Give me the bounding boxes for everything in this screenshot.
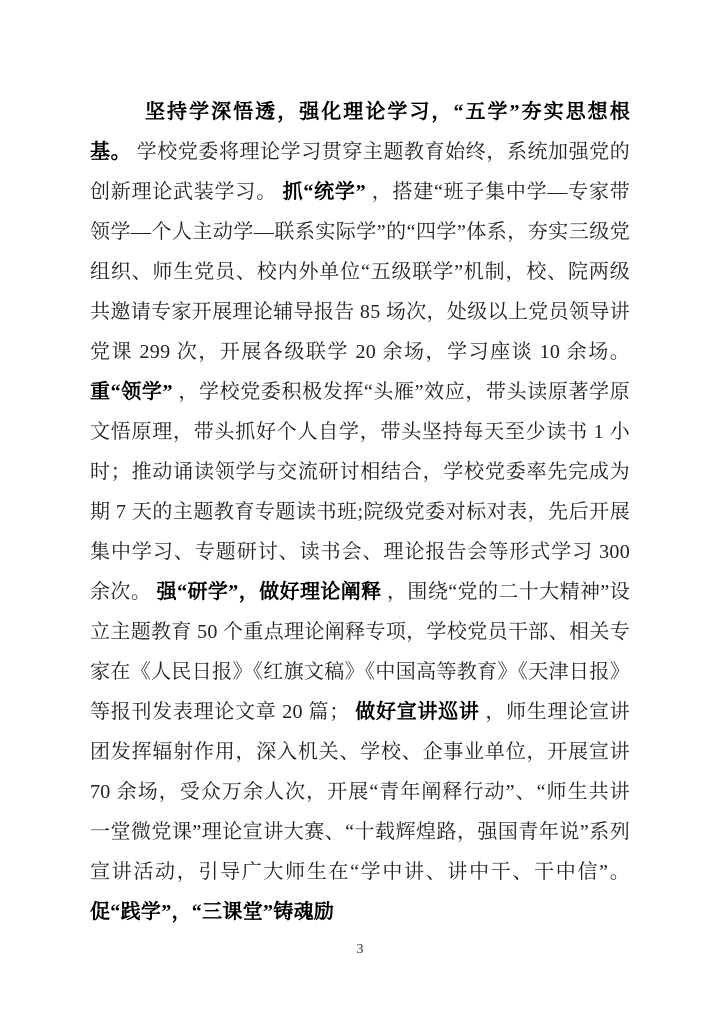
body-text-run: ，师生理论宣讲团发挥辐射作用，深入机关、学校、企事业单位，开展宣讲 70 余场，… bbox=[90, 701, 630, 883]
page-number: 3 bbox=[90, 940, 630, 960]
body-text-run: ，搭建“班子集中学—专家带领学—个人主动学—联系实际学”的“四学”体系，夯实三级… bbox=[90, 181, 630, 363]
emphasis-lingxue: 重“领学” bbox=[90, 381, 173, 403]
body-paragraph: 坚持学深悟透，强化理论学习，“五学”夯实思想根基。 学校党委将理论学习贯穿主题教… bbox=[90, 92, 630, 932]
document-page: 坚持学深悟透，强化理论学习，“五学”夯实思想根基。 学校党委将理论学习贯穿主题教… bbox=[0, 0, 720, 1018]
emphasis-tongxue: 抓“统学” bbox=[283, 181, 366, 203]
emphasis-yanxue: 强“研学”，做好理论阐释 bbox=[157, 581, 382, 603]
emphasis-xuanjiang: 做好宣讲巡讲 bbox=[355, 701, 479, 723]
emphasis-jianxue: 促“践学”，“三课堂”铸魂励 bbox=[90, 901, 334, 923]
body-text-run: ，学校党委积极发挥“头雁”效应，带头读原著学原文悟原理，带头抓好个人自学，带头坚… bbox=[90, 381, 630, 603]
